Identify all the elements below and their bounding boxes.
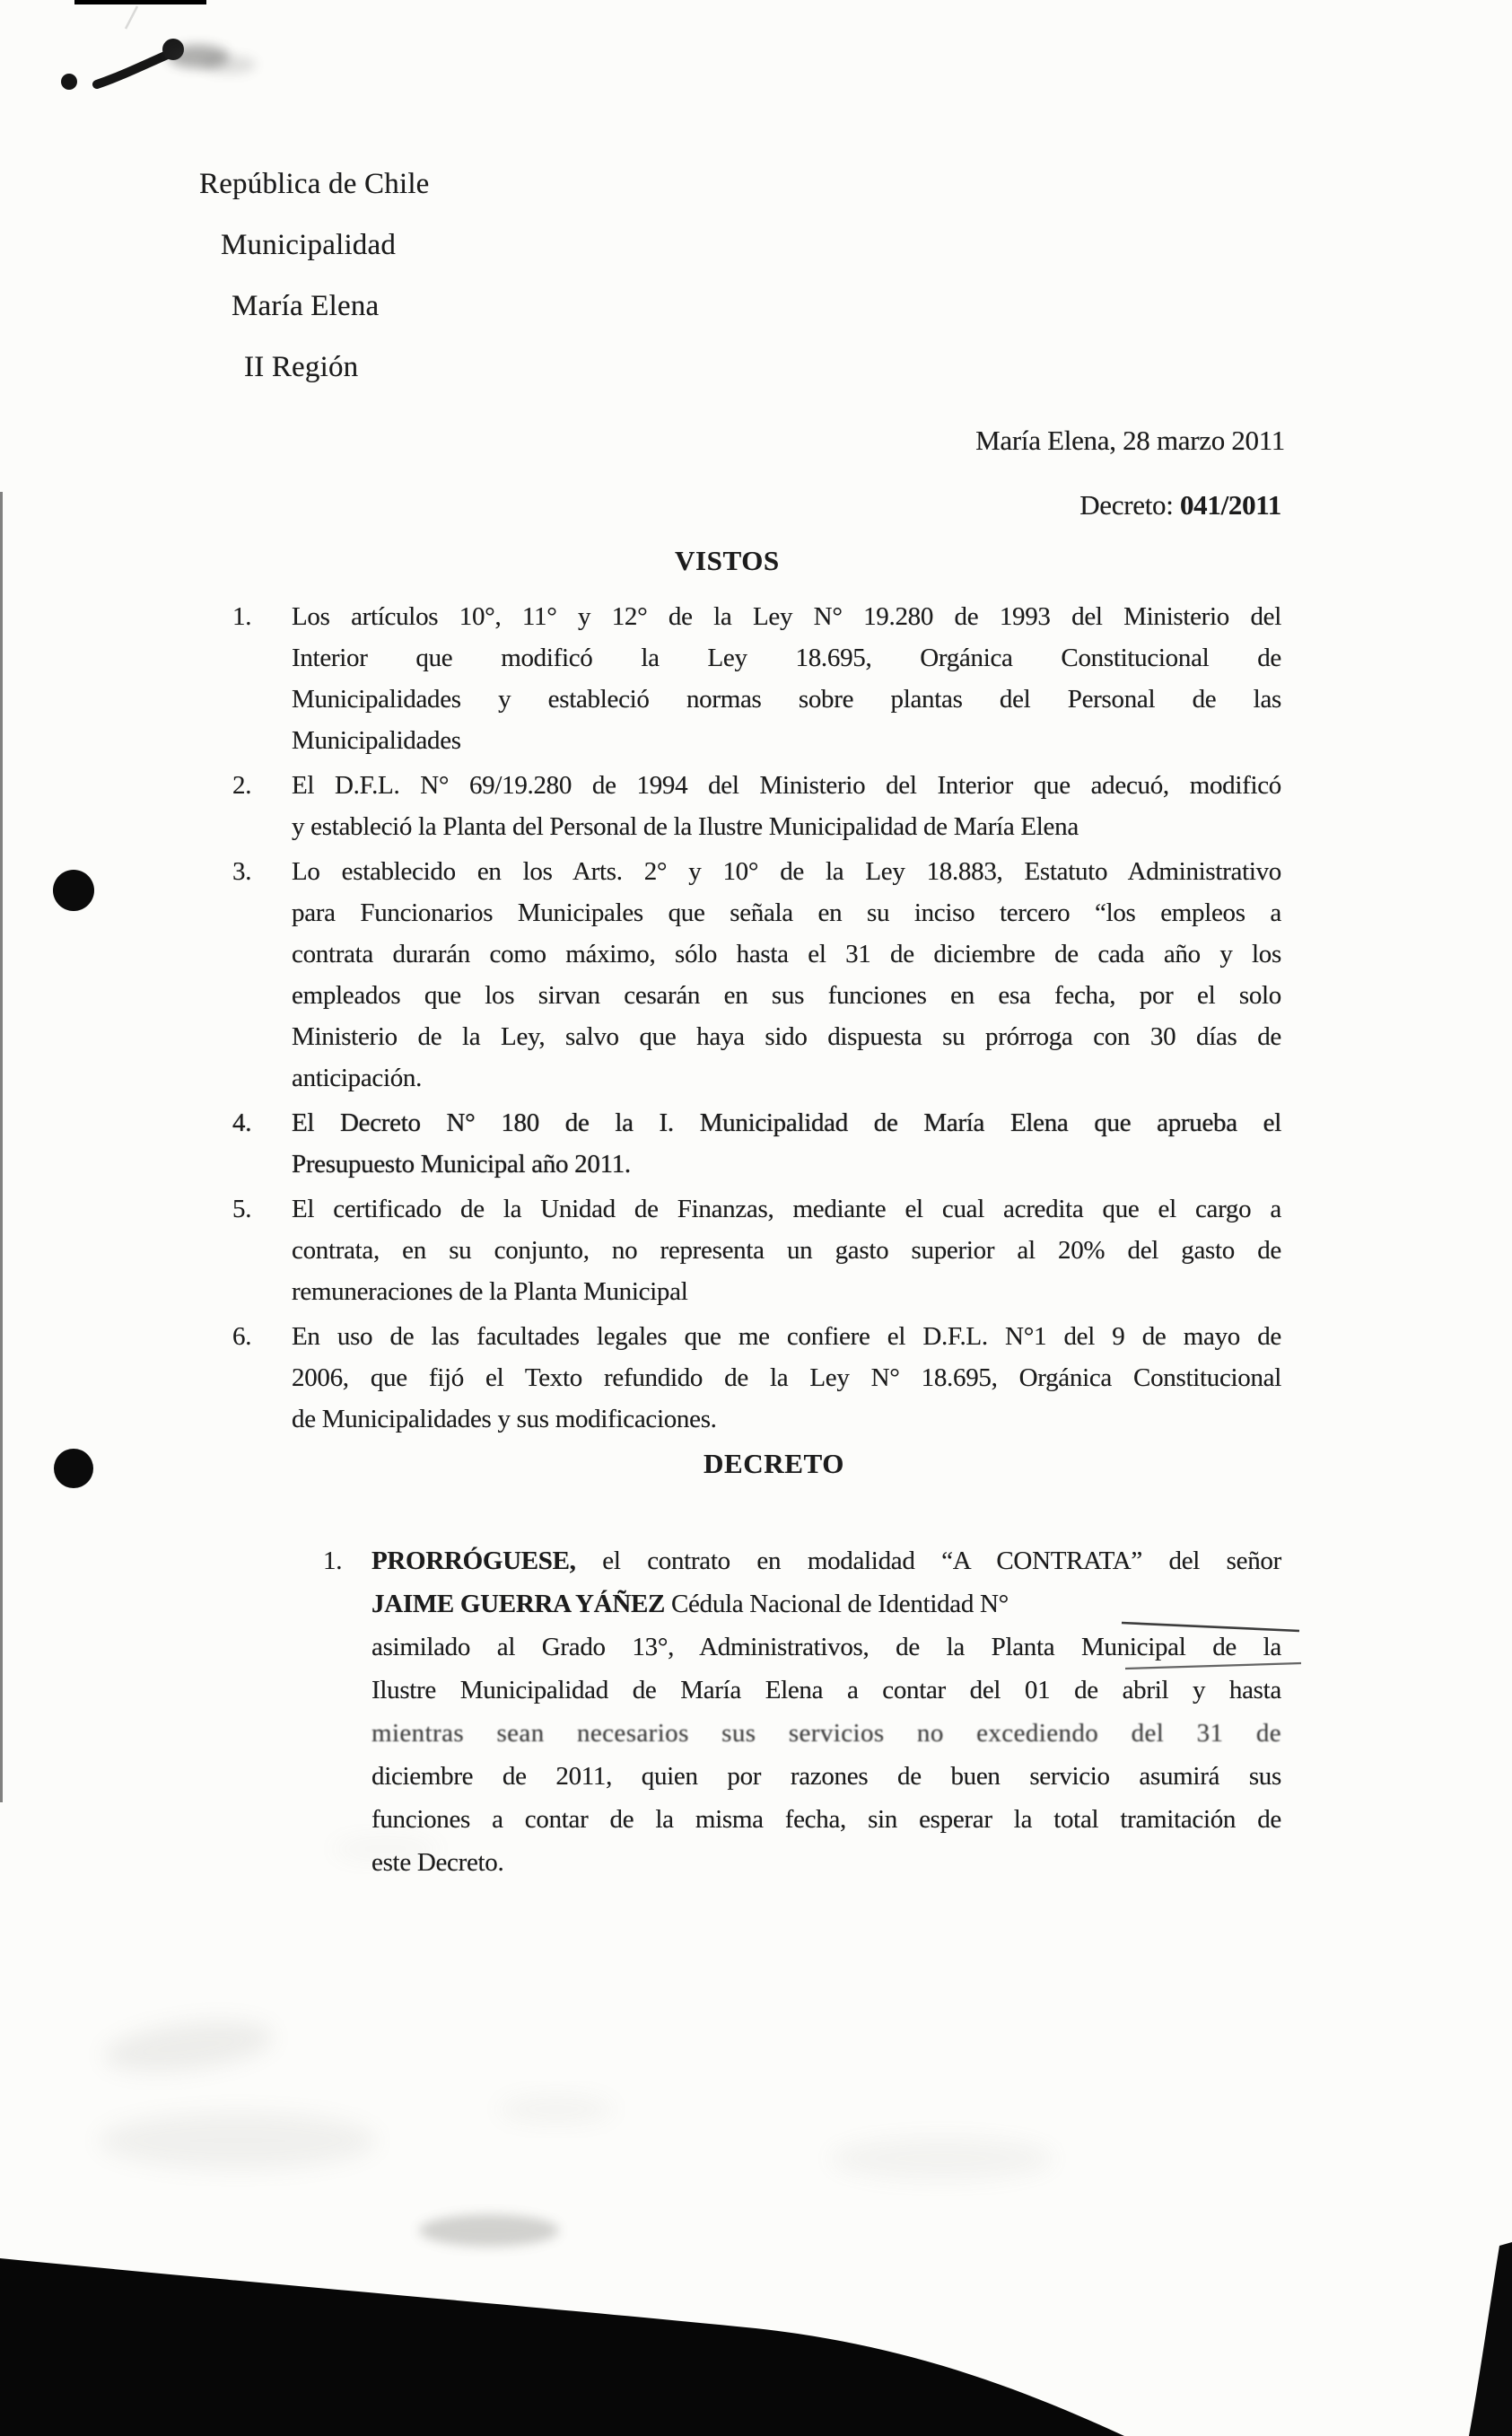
decreto-item-number: 1. (323, 1540, 364, 1582)
left-edge-scan-line (0, 492, 3, 1802)
vistos-line: contrata, en su conjunto, no representa … (292, 1230, 1281, 1271)
vistos-line: empleados que los sirvan cesarán en sus … (292, 975, 1281, 1016)
decreto-line: este Decreto. (371, 1842, 1281, 1883)
scan-bed-right-sliver (1469, 2242, 1512, 2436)
vistos-item-number: 1. (232, 596, 274, 637)
letterhead-region: II Región (244, 346, 358, 388)
decree-line1-rest: el contrato en modalidad “A CONTRATA” de… (576, 1547, 1281, 1575)
decreto-heading: DECRETO (704, 1443, 844, 1485)
top-edge-nick (74, 0, 206, 4)
vistos-item-number: 4. (232, 1102, 274, 1144)
vistos-line: de Municipalidades y sus modificaciones. (292, 1398, 1281, 1440)
punch-hole-dot (53, 870, 94, 911)
decreto-line-degraded: mientras sean necesarios sus servicios n… (371, 1713, 1281, 1754)
vistos-line: Municipalidades y estableció normas sobr… (292, 679, 1281, 720)
punch-hole-dot (54, 1449, 93, 1488)
decree-label: Decreto: (1079, 489, 1180, 521)
letterhead-country: República de Chile (199, 163, 430, 205)
vistos-line: Lo establecido en los Arts. 2° y 10° de … (292, 851, 1281, 892)
vistos-line: El Decreto N° 180 de la I. Municipalidad… (292, 1102, 1281, 1144)
vistos-line: El D.F.L. N° 69/19.280 de 1994 del Minis… (292, 765, 1281, 806)
vistos-line: 2006, que fijó el Texto refundido de la … (292, 1357, 1281, 1398)
vistos-line: Presupuesto Municipal año 2011. (292, 1144, 1281, 1185)
vistos-item-number: 3. (232, 851, 274, 892)
vistos-item-number: 2. (232, 765, 274, 806)
decreto-line: asimilado al Grado 13°, Administrativos,… (371, 1626, 1281, 1668)
vistos-line: El certificado de la Unidad de Finanzas,… (292, 1188, 1281, 1230)
vistos-line: anticipación. (292, 1057, 1281, 1099)
letterhead-municipality: Municipalidad (221, 224, 396, 266)
decreto-line: funciones a contar de la misma fecha, si… (371, 1799, 1281, 1840)
decreto-line: PRORRÓGUESE, el contrato en modalidad “A… (371, 1540, 1281, 1582)
vistos-line: y estableció la Planta del Personal de l… (292, 806, 1281, 847)
decreto-line: JAIME GUERRA YÁÑEZ Cédula Nacional de Id… (371, 1583, 1281, 1625)
decree-verb: PRORRÓGUESE, (371, 1547, 576, 1575)
decreto-line: Ilustre Municipalidad de María Elena a c… (371, 1669, 1281, 1711)
decree-number-line: Decreto: 041/2011 (1079, 485, 1281, 526)
scanned-decree-page: República de Chile Municipalidad María E… (0, 0, 1512, 2436)
decree-number: 041/2011 (1180, 489, 1281, 521)
scan-bed-bottom-wedge (0, 2258, 1124, 2436)
vistos-line: remuneraciones de la Planta Municipal (292, 1271, 1281, 1312)
vistos-line: para Funcionarios Municipales que señala… (292, 892, 1281, 933)
decree-line2-rest: Cédula Nacional de Identidad N° (665, 1590, 1009, 1618)
letterhead-commune: María Elena (232, 285, 379, 327)
smudge-marks (99, 1836, 1054, 2247)
vistos-line: Municipalidades (292, 720, 1281, 761)
decreto-line: diciembre de 2011, quien por razones de … (371, 1756, 1281, 1797)
vistos-item-number: 6. (232, 1316, 274, 1357)
vistos-line: En uso de las facultades legales que me … (292, 1316, 1281, 1357)
dateline: María Elena, 28 marzo 2011 (975, 420, 1285, 461)
vistos-item-number: 5. (232, 1188, 274, 1230)
vistos-line: Ministerio de la Ley, salvo que haya sid… (292, 1016, 1281, 1057)
vistos-line: Los artículos 10°, 11° y 12° de la Ley N… (292, 596, 1281, 637)
vistos-heading: VISTOS (675, 540, 780, 582)
vistos-line: contrata durarán como máximo, sólo hasta… (292, 933, 1281, 975)
employee-name: JAIME GUERRA YÁÑEZ (371, 1590, 665, 1618)
ink-swoosh-mark (61, 6, 256, 90)
vistos-line: Interior que modificó la Ley 18.695, Org… (292, 637, 1281, 679)
